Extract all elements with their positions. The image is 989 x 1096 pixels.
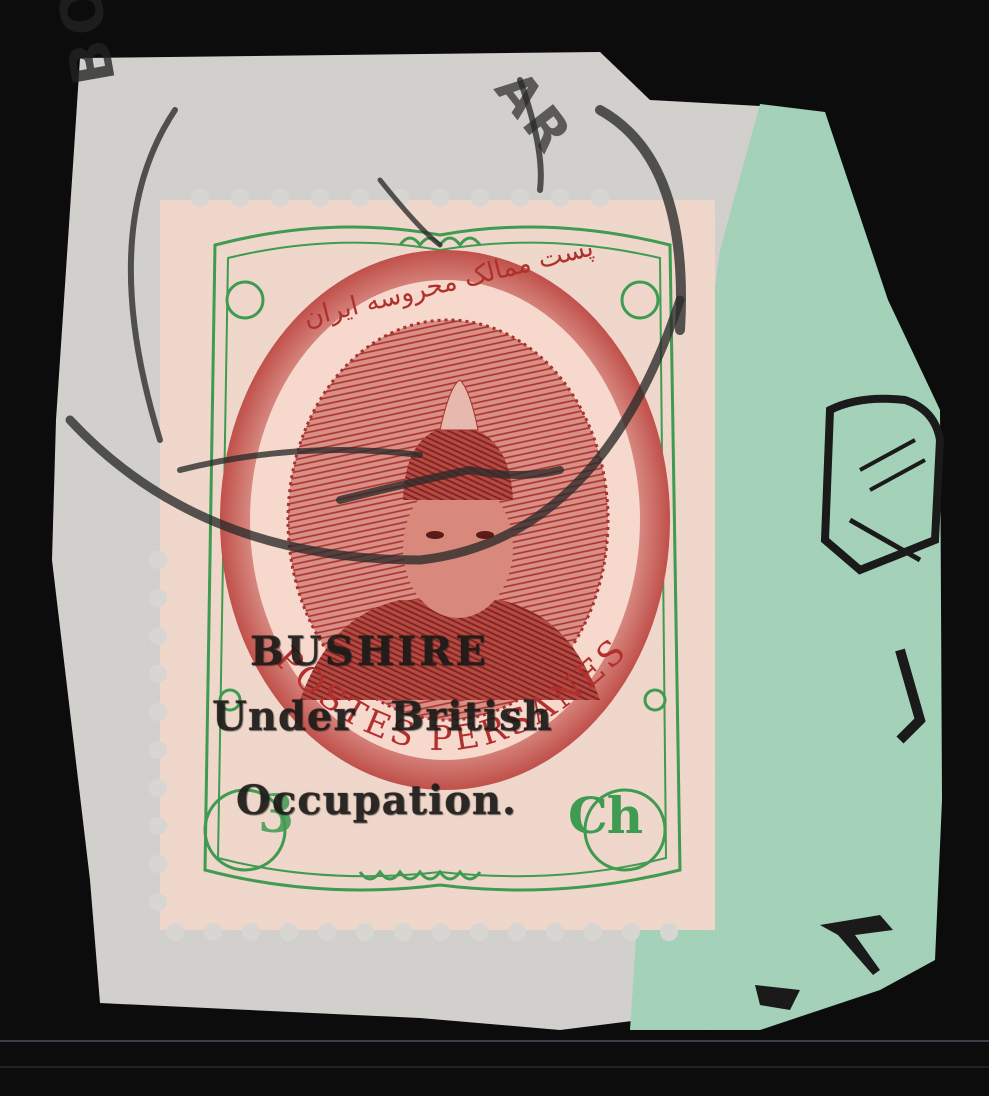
overprint-bushire: BUSHIRE <box>250 628 489 675</box>
overprint-occupation: Occupation. <box>236 777 517 824</box>
overprint-under-british: Under British <box>212 693 553 740</box>
stamp-on-piece-illustration: POSTES PERSANES <box>0 0 989 1096</box>
denomination-unit: Ch <box>568 786 642 845</box>
